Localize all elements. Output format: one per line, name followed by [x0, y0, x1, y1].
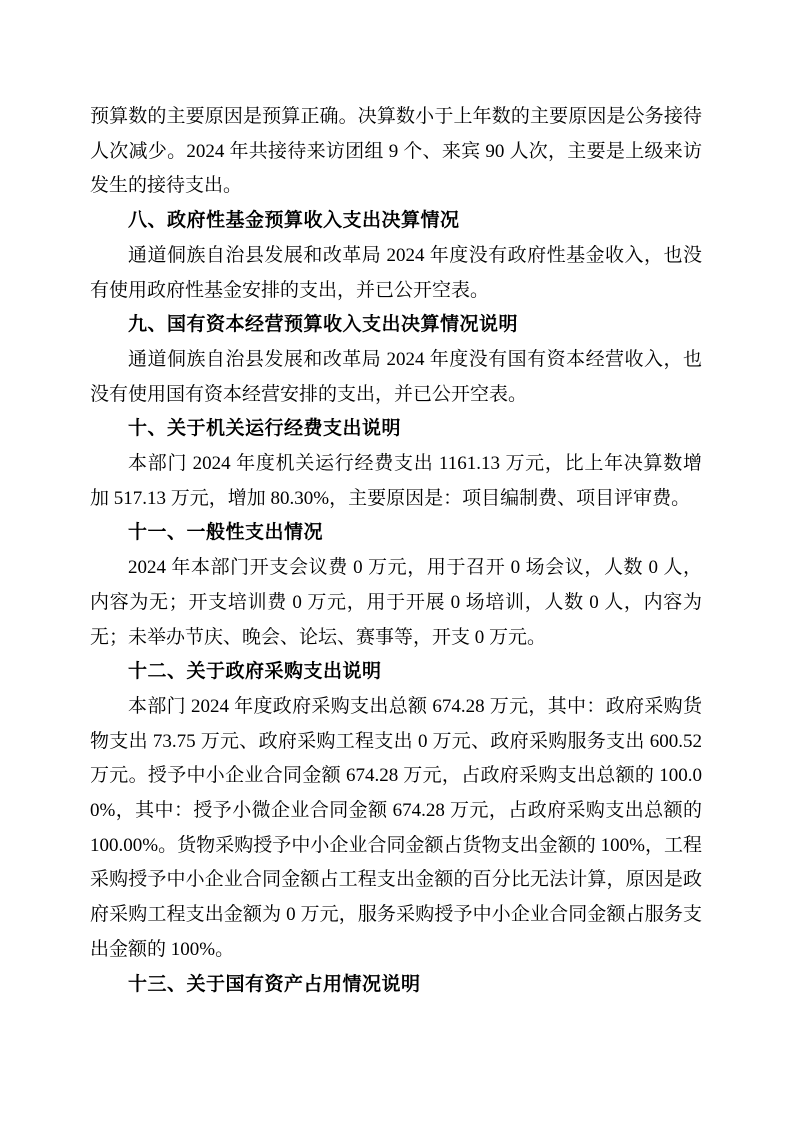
- paragraph-continuation-official-reception: 预算数的主要原因是预算正确。决算数小于上年数的主要原因是公务接待人次减少。202…: [90, 100, 702, 204]
- section-heading-9-state-capital-operation: 九、国有资本经营预算收入支出决算情况说明: [90, 308, 702, 343]
- section-heading-11-general-expenditure: 十一、一般性支出情况: [90, 516, 702, 551]
- paragraph-government-procurement: 本部门 2024 年度政府采购支出总额 674.28 万元，其中：政府采购货物支…: [90, 690, 702, 968]
- paragraph-state-capital-operation: 通道侗族自治县发展和改革局 2024 年度没有国有资本经营收入，也没有使用国有资…: [90, 343, 702, 412]
- section-heading-13-state-owned-assets: 十三、关于国有资产占用情况说明: [90, 968, 702, 1003]
- section-heading-12-government-procurement: 十二、关于政府采购支出说明: [90, 655, 702, 690]
- paragraph-general-expenditure: 2024 年本部门开支会议费 0 万元，用于召开 0 场会议，人数 0 人，内容…: [90, 551, 702, 655]
- section-heading-8-government-funds-budget: 八、政府性基金预算收入支出决算情况: [90, 204, 702, 239]
- section-heading-10-agency-operating-expenses: 十、关于机关运行经费支出说明: [90, 412, 702, 447]
- paragraph-agency-operating-expenses: 本部门 2024 年度机关运行经费支出 1161.13 万元，比上年决算数增加 …: [90, 447, 702, 516]
- paragraph-government-funds-budget: 通道侗族自治县发展和改革局 2024 年度没有政府性基金收入，也没有使用政府性基…: [90, 239, 702, 308]
- document-page: 预算数的主要原因是预算正确。决算数小于上年数的主要原因是公务接待人次减少。202…: [0, 0, 793, 1122]
- document-content: 预算数的主要原因是预算正确。决算数小于上年数的主要原因是公务接待人次减少。202…: [90, 100, 702, 1002]
